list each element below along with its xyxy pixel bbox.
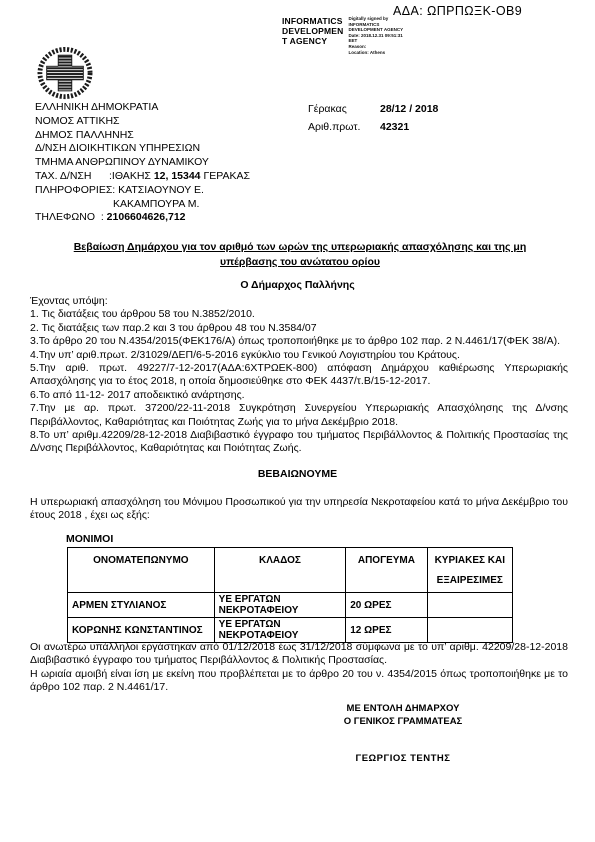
stamp-agency-line: DEVELOPMEN [282,26,344,36]
address-city: ΓΕΡΑΚΑΣ [201,170,250,182]
certify-paragraph: Η υπερωριακή απασχόληση του Μόνιμου Προσ… [30,496,568,523]
protocol-line: Αριθ.πρωτ.42321 [308,119,438,137]
cell-sundays-hours [427,618,512,643]
certify-heading: ΒΕΒΑΙΩΝΟΥΜΕ [0,468,595,480]
table-label-monimoi: ΜΟΝΙΜΟΙ [66,533,113,545]
place-date-line: Γέρακας28/12 / 2018 [308,101,438,119]
stamp-agency-line: T AGENCY [282,36,344,46]
stamp-signature-details: Digitally signed by INFORMATICS DEVELOPM… [349,16,404,55]
header-fullname: ΟΝΟΜΑΤΕΠΩΝΥΜΟ [68,548,215,593]
cell-sundays-hours [427,593,512,618]
info-label: ΠΛΗΡΟΦΟΡΙΕΣ: [35,184,118,196]
document-page: ΑΔΑ: ΩΠΡΠΩΞΚ-ΟΒ9 INFORMATICS DEVELOPMEN … [0,0,595,842]
protocol-label: Αριθ.πρωτ. [308,119,380,137]
ada-code: ΑΔΑ: ΩΠΡΠΩΞΚ-ΟΒ9 [393,4,522,18]
stamp-detail-line: Location: Athens [349,50,404,56]
closing-paragraph-1: Οι ανωτέρω υπάλληλοι εργάστηκαν από 01/1… [30,641,568,668]
contact-name-1: ΚΑΤΣΙΑΟΥΝΟΥ Ε. [118,184,204,196]
address-number-zip: 12, 15344 [154,170,201,182]
org-line-municipality: ΔΗΜΟΣ ΠΑΛΛΗΝΗΣ [35,129,250,143]
stamp-detail-line: DEVELOPMENT AGENCY [349,27,404,33]
consideration-item-4: 4.Την υπ’ αριθ.πρωτ. 2/31029/ΔΕΠ/6-5-201… [30,349,568,362]
date-value: 28/12 / 2018 [380,103,438,115]
cell-branch: ΥΕ ΕΡΓΑΤΩΝ ΝΕΚΡΟΤΑΦΕΙΟΥ [214,593,346,618]
header-sundays-holidays: ΚΥΡΙΑΚΕΣ ΚΑΙ ΕΞΑΙΡΕΣΙΜΕΣ [427,548,512,593]
considerations-intro: Έχοντας υπόψη: [30,295,568,308]
document-subtitle: Ο Δήμαρχος Παλλήνης [0,279,595,291]
consideration-item-8: 8.Το υπ’ αριθμ.42209/28-12-2018 Διαβιβασ… [30,429,568,456]
greek-coat-of-arms-icon [36,47,94,101]
consideration-item-5: 5.Την αριθ. πρωτ. 49227/7-12-2017(ΑΔΑ:6Χ… [30,362,568,389]
consideration-item-3: 3.Το άρθρο 20 του Ν.4354/2015(ΦΕΚ176/Α) … [30,335,568,348]
cell-branch: ΥΕ ΕΡΓΑΤΩΝ ΝΕΚΡΟΤΑΦΕΙΟΥ [214,618,346,643]
table-row: ΑΡΜΕΝ ΣΤΥΛΙΑΝΟΣ ΥΕ ΕΡΓΑΤΩΝ ΝΕΚΡΟΤΑΦΕΙΟΥ … [68,593,513,618]
consideration-item-7: 7.Την με αρ. πρωτ. 37200/22-11-2018 Συγκ… [30,402,568,429]
signature-role: Ο ΓΕΝΙΚΟΣ ΓΡΑΜΜΑΤΕΑΣ [322,715,484,728]
stamp-agency-line: INFORMATICS [282,16,344,26]
address-street: :ΙΘΑΚΗΣ [109,170,154,182]
consideration-item-2: 2. Τις διατάξεις των παρ.2 και 3 του άρθ… [30,322,568,335]
place-label: Γέρακας [308,101,380,119]
document-title: Βεβαίωση Δημάρχου για τον αριθμό των ωρώ… [45,240,555,269]
considerations-list: Έχοντας υπόψη: 1. Τις διατάξεις του άρθρ… [30,295,568,456]
cell-afternoon-hours: 12 ΩΡΕΣ [346,618,427,643]
cell-name: ΚΟΡΩΝΗΣ ΚΩΝΣΤΑΝΤΙΝΟΣ [68,618,215,643]
digital-signature-stamp: INFORMATICS DEVELOPMEN T AGENCY Digitall… [282,16,403,55]
header-branch: ΚΛΑΔΟΣ [214,548,346,593]
protocol-value: 42321 [380,121,409,133]
table-row: ΚΟΡΩΝΗΣ ΚΩΝΣΤΑΝΤΙΝΟΣ ΥΕ ΕΡΓΑΤΩΝ ΝΕΚΡΟΤΑΦ… [68,618,513,643]
address-label: ΤΑΧ. Δ/ΝΣΗ [35,170,109,182]
info-line-2: ΚΑΚΑΜΠΟΥΡΑ Μ. [35,198,250,212]
header-afternoon: ΑΠΟΓΕΥΜΑ [346,548,427,593]
table-header-row: ΟΝΟΜΑΤΕΠΩΝΥΜΟ ΚΛΑΔΟΣ ΑΠΟΓΕΥΜΑ ΚΥΡΙΑΚΕΣ Κ… [68,548,513,593]
org-line-department: ΤΜΗΜΑ ΑΝΘΡΩΠΙΝΟΥ ΔΥΝΑΜΙΚΟΥ [35,156,250,170]
phone-line: ΤΗΛΕΦΩΝΟ : 2106604626,712 [35,211,250,225]
contact-name-2: ΚΑΚΑΜΠΟΥΡΑ Μ. [113,198,199,210]
overtime-hours-table: ΟΝΟΜΑΤΕΠΩΝΥΜΟ ΚΛΑΔΟΣ ΑΠΟΓΕΥΜΑ ΚΥΡΙΑΚΕΣ Κ… [67,547,513,643]
info-line-1: ΠΛΗΡΟΦΟΡΙΕΣ: ΚΑΤΣΙΑΟΥΝΟΥ Ε. [35,184,250,198]
org-line-prefecture: ΝΟΜΟΣ ΑΤΤΙΚΗΣ [35,115,250,129]
signature-name: ΓΕΩΡΓΙΟΣ ΤΕΝΤΗΣ [322,752,484,765]
phone-value: 2106604626,712 [107,211,186,223]
signature-by-order: ΜΕ ΕΝΤΟΛΗ ΔΗΜΑΡΧΟΥ [322,702,484,715]
consideration-item-6: 6.Το από 11-12- 2017 αποδεικτικό ανάρτησ… [30,389,568,402]
cell-afternoon-hours: 20 ΩΡΕΣ [346,593,427,618]
closing-paragraph-2: Η ωριαία αμοιβή είναι ίση με εκείνη που … [30,668,568,695]
sender-block: ΕΛΛΗΝΙΚΗ ΔΗΜΟΚΡΑΤΙΑ ΝΟΜΟΣ ΑΤΤΙΚΗΣ ΔΗΜΟΣ … [35,101,250,225]
signature-block: ΜΕ ΕΝΤΟΛΗ ΔΗΜΑΡΧΟΥ Ο ΓΕΝΙΚΟΣ ΓΡΑΜΜΑΤΕΑΣ … [322,702,484,765]
address-line: ΤΑΧ. Δ/ΝΣΗ :ΙΘΑΚΗΣ 12, 15344 ΓΕΡΑΚΑΣ [35,170,250,184]
meta-block: Γέρακας28/12 / 2018 Αριθ.πρωτ.42321 [308,101,438,136]
phone-label: ΤΗΛΕΦΩΝΟ : [35,211,107,223]
consideration-item-1: 1. Τις διατάξεις του άρθρου 58 του Ν.385… [30,308,568,321]
org-line-directorate: Δ/ΝΣΗ ΔΙΟΙΚΗΤΙΚΩΝ ΥΠΗΡΕΣΙΩΝ [35,142,250,156]
stamp-agency-name: INFORMATICS DEVELOPMEN T AGENCY [282,16,344,55]
cell-name: ΑΡΜΕΝ ΣΤΥΛΙΑΝΟΣ [68,593,215,618]
org-line-republic: ΕΛΛΗΝΙΚΗ ΔΗΜΟΚΡΑΤΙΑ [35,101,250,115]
